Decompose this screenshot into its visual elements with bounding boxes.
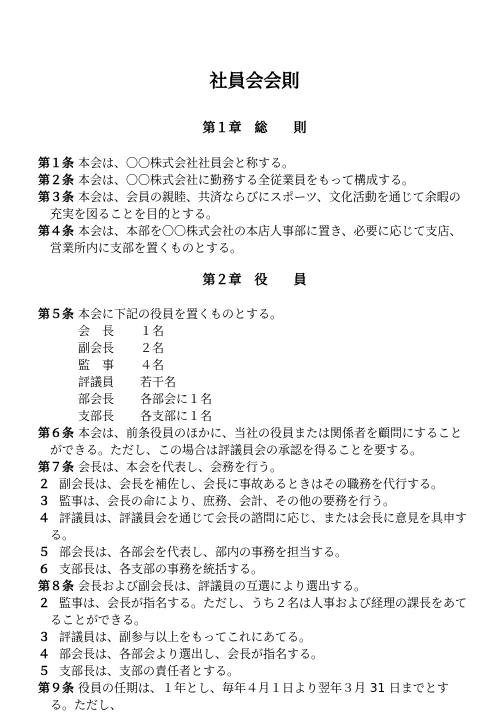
chapter-1: 第１章 総 則 第１条本会は、〇〇株式会社社員会と称する。 第２条本会は、〇〇株… [38, 120, 471, 257]
article-7-text: 会長は、本会を代表し、会務を行う。 [78, 460, 282, 474]
clause-text: 支部長は、各支部の事務を統括する。 [59, 562, 263, 576]
officer-title: 評議員 [78, 374, 140, 391]
clause-number: ５ [38, 664, 50, 678]
article-5: 第５条本会に下記の役員を置くものとする。 [38, 306, 471, 323]
clause-number: ５ [38, 545, 50, 559]
article-8-number: 第８条 [38, 579, 74, 593]
article-6: 第６条本会は、前条役員のほかに、当社の役員または関係者を顧問にすることができる。… [38, 425, 471, 459]
officer-row-vice-chairman: 副会長２名 [78, 340, 471, 357]
chapter-2-heading: 第２章 役 員 [38, 272, 471, 289]
clause-text: 監事は、会長が指名する。ただし、うち２名は人事および経理の課長をあてることができ… [50, 596, 467, 627]
officer-count: １名 [140, 324, 164, 338]
article-4-text: 本会は、本部を〇〇株式会社の本店人事部に置き、必要に応じて支店、営業所内に支部を… [50, 224, 462, 255]
document-body: 社員会会則 第１章 総 則 第１条本会は、〇〇株式会社社員会と称する。 第２条本… [0, 0, 497, 714]
article-8-clause-3: ３評議員は、副参与以上をもってこれにあてる。 [38, 629, 471, 646]
officer-title: 支部長 [78, 408, 140, 425]
officer-count: 各部会に１名 [140, 392, 212, 406]
document-page: 社員会会則 第１章 総 則 第１条本会は、〇〇株式会社社員会と称する。 第２条本… [0, 0, 497, 727]
article-6-number: 第６条 [38, 426, 74, 440]
clause-number: ４ [38, 647, 50, 661]
article-4-number: 第４条 [38, 224, 74, 238]
article-8-clause-2: ２監事は、会長が指名する。ただし、うち２名は人事および経理の課長をあてることがで… [38, 595, 471, 629]
article-3-number: 第３条 [38, 190, 74, 204]
officer-row-branch-head: 支部長各支部に１名 [78, 408, 471, 425]
article-9-number: 第９条 [38, 681, 74, 695]
clause-number: ３ [38, 630, 50, 644]
article-8: 第８条会長および副会長は、評議員の互選により選出する。 [38, 578, 471, 595]
article-7-clause-5: ５部会長は、各部会を代表し、部内の事務を担当する。 [38, 544, 471, 561]
article-7-clause-6: ６支部長は、各支部の事務を統括する。 [38, 561, 471, 578]
clause-number: ２ [38, 596, 50, 610]
chapter-2: 第２章 役 員 第５条本会に下記の役員を置くものとする。 会 長１名 副会長２名… [38, 272, 471, 714]
officer-title: 副会長 [78, 340, 140, 357]
article-2-text: 本会は、〇〇株式会社に勤務する全従業員をもって構成する。 [78, 173, 414, 187]
officer-row-auditor: 監 事４名 [78, 357, 471, 374]
officer-row-councilor: 評議員若干名 [78, 374, 471, 391]
chapter-1-heading: 第１章 総 則 [38, 120, 471, 137]
officer-count: 各支部に１名 [140, 409, 212, 423]
officer-list: 会 長１名 副会長２名 監 事４名 評議員若干名 部会長各部会に１名 支部長各支… [38, 323, 471, 425]
article-6-text: 本会は、前条役員のほかに、当社の役員または関係者を顧問にすることができる。ただし… [50, 426, 462, 457]
article-9-text: 役員の任期は、１年とし、毎年４月１日より翌年３月 31 日までとする。ただし、 [50, 681, 449, 712]
clause-number: ３ [38, 494, 50, 508]
officer-title: 部会長 [78, 391, 140, 408]
article-7-clause-2: ２副会長は、会長を補佐し、会長に事故あるときはその職務を代行する。 [38, 476, 471, 493]
article-5-number: 第５条 [38, 307, 74, 321]
clause-number: ２ [38, 477, 50, 491]
clause-text: 部会長は、各部会を代表し、部内の事務を担当する。 [59, 545, 347, 559]
article-8-clause-4: ４部会長は、各部会より選出し、会長が指名する。 [38, 646, 471, 663]
article-1-number: 第１条 [38, 156, 74, 170]
clause-text: 副会長は、会長を補佐し、会長に事故あるときはその職務を代行する。 [59, 477, 443, 491]
clause-text: 監事は、会長の命により、庶務、会計、その他の要務を行う。 [59, 494, 395, 508]
clause-text: 支部長は、支部の責任者とする。 [59, 664, 239, 678]
officer-count: ４名 [140, 358, 164, 372]
clause-number: ４ [38, 511, 50, 525]
article-7: 第７条会長は、本会を代表し、会務を行う。 [38, 459, 471, 476]
officer-row-chairman: 会 長１名 [78, 323, 471, 340]
article-2-number: 第２条 [38, 173, 74, 187]
article-7-clause-3: ３監事は、会長の命により、庶務、会計、その他の要務を行う。 [38, 493, 471, 510]
officer-count: 若干名 [140, 375, 176, 389]
article-2: 第２条本会は、〇〇株式会社に勤務する全従業員をもって構成する。 [38, 172, 471, 189]
clause-number: ６ [38, 562, 50, 576]
article-1-text: 本会は、〇〇株式会社社員会と称する。 [78, 156, 294, 170]
officer-count: ２名 [140, 341, 164, 355]
clause-text: 評議員は、評議員会を通じて会長の諮問に応じ、または会長に意見を具申する。 [50, 511, 467, 542]
article-7-number: 第７条 [38, 460, 74, 474]
page-title: 社員会会則 [38, 72, 471, 91]
article-4: 第４条本会は、本部を〇〇株式会社の本店人事部に置き、必要に応じて支店、営業所内に… [38, 223, 471, 257]
article-8-text: 会長および副会長は、評議員の互選により選出する。 [78, 579, 366, 593]
clause-text: 部会長は、各部会より選出し、会長が指名する。 [59, 647, 323, 661]
article-3: 第３条本会は、会員の親睦、共済ならびにスポーツ、文化活動を通じて余暇の充実を図る… [38, 189, 471, 223]
clause-text: 評議員は、副参与以上をもってこれにあてる。 [59, 630, 311, 644]
officer-title: 監 事 [78, 357, 140, 374]
article-1: 第１条本会は、〇〇株式会社社員会と称する。 [38, 155, 471, 172]
article-9: 第９条役員の任期は、１年とし、毎年４月１日より翌年３月 31 日までとする。ただ… [38, 680, 471, 714]
officer-title: 会 長 [78, 323, 140, 340]
article-3-text: 本会は、会員の親睦、共済ならびにスポーツ、文化活動を通じて余暇の充実を図ることを… [50, 190, 461, 221]
officer-row-division-head: 部会長各部会に１名 [78, 391, 471, 408]
article-7-clause-4: ４評議員は、評議員会を通じて会長の諮問に応じ、または会長に意見を具申する。 [38, 510, 471, 544]
article-8-clause-5: ５支部長は、支部の責任者とする。 [38, 663, 471, 680]
article-5-text: 本会に下記の役員を置くものとする。 [78, 307, 282, 321]
